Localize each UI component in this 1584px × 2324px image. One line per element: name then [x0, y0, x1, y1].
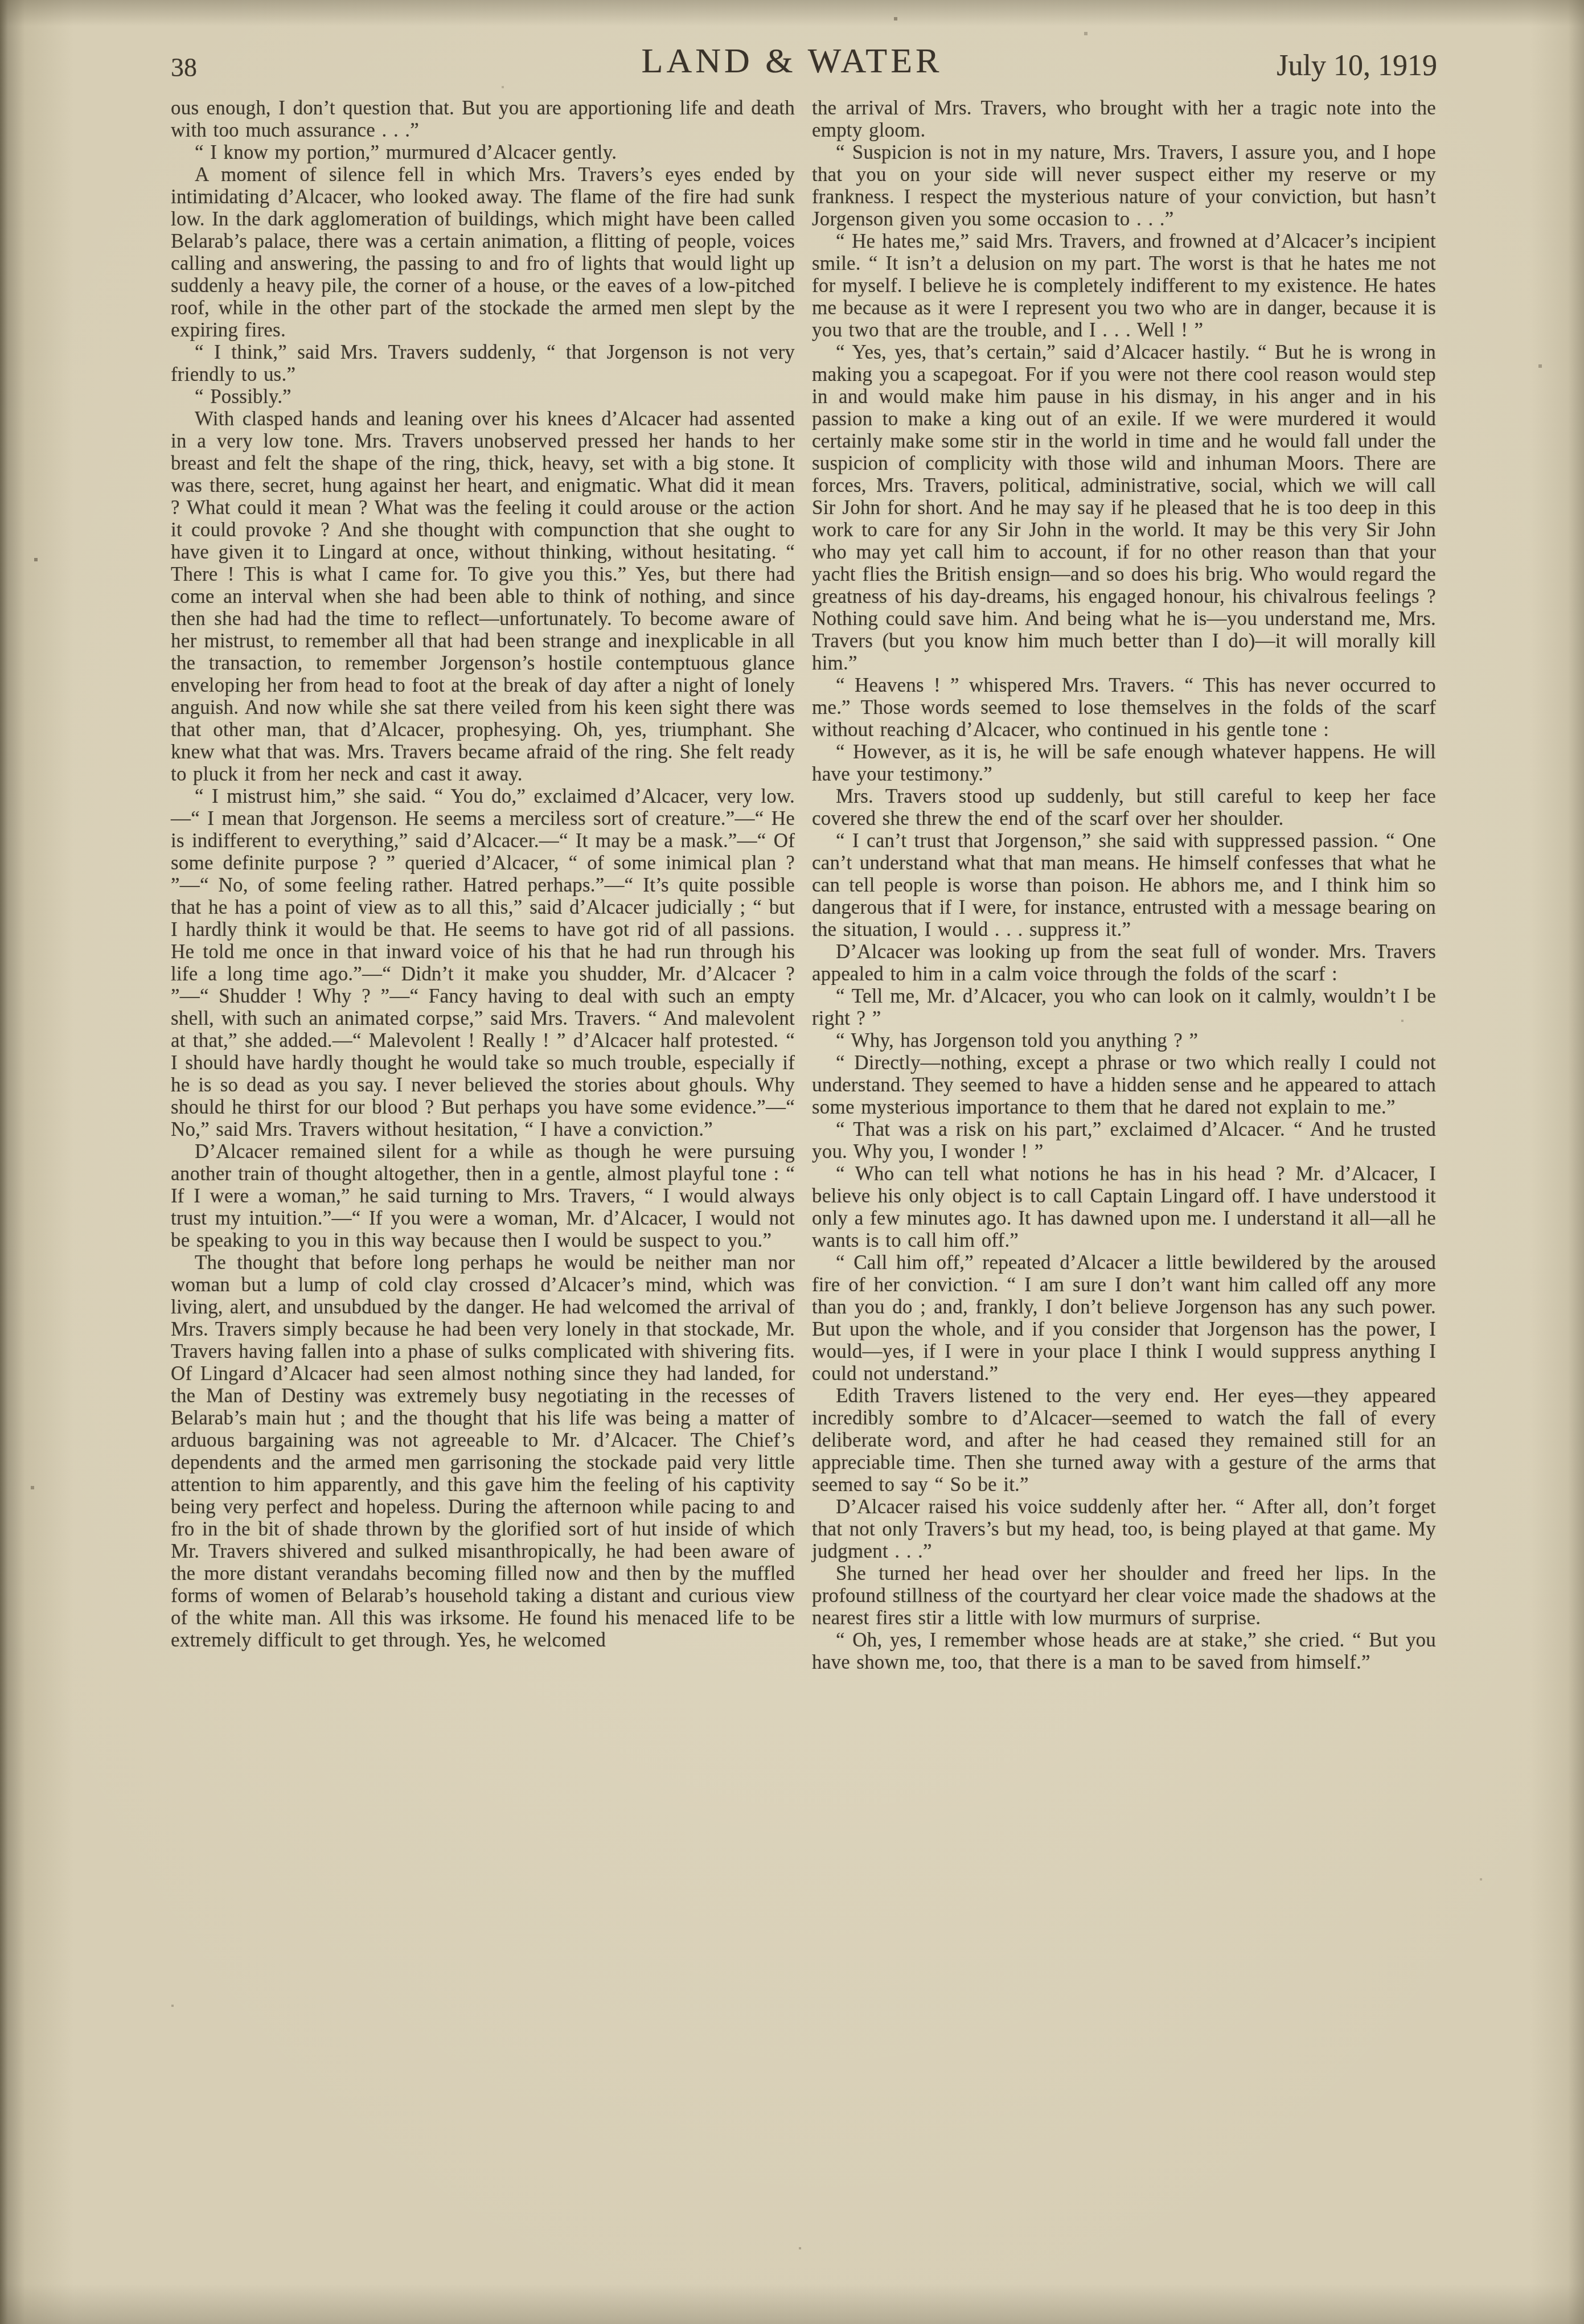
paragraph: D’Alcacer raised his voice suddenly afte… [812, 1496, 1436, 1562]
paragraph: The thought that before long perhaps he … [171, 1251, 795, 1651]
paragraph: “ Suspicion is not in my nature, Mrs. Tr… [812, 141, 1436, 230]
left-column: ous enough, I don’t question that. But y… [171, 97, 795, 1651]
paragraph: D’Alcacer remained silent for a while as… [171, 1140, 795, 1251]
paragraph: D’Alcacer was looking up from the seat f… [812, 941, 1436, 985]
paragraph: “ Call him off,” repeated d’Alcacer a li… [812, 1251, 1436, 1385]
paragraph: “ I can’t trust that Jorgenson,” she sai… [812, 830, 1436, 941]
paragraph: “ I mistrust him,” she said. “ You do,” … [171, 785, 795, 1140]
paragraph: “ However, as it is, he will be safe eno… [812, 741, 1436, 785]
paragraph: Mrs. Travers stood up suddenly, but stil… [812, 785, 1436, 830]
paragraph: Edith Travers listened to the very end. … [812, 1385, 1436, 1496]
paragraph: the arrival of Mrs. Travers, who brought… [812, 97, 1436, 141]
paragraph: “ Possibly.” [171, 385, 795, 408]
paragraph: “ Heavens ! ” whispered Mrs. Travers. “ … [812, 674, 1436, 741]
paragraph: With clasped hands and leaning over his … [171, 408, 795, 785]
paragraph: “ Yes, yes, that’s certain,” said d’Alca… [812, 341, 1436, 674]
paragraph: “ Oh, yes, I remember whose heads are at… [812, 1629, 1436, 1673]
paragraph: “ That was a risk on his part,” exclaime… [812, 1118, 1436, 1163]
magazine-page-scan: { "page": { "number": "38", "masthead": … [0, 0, 1584, 2324]
paragraph: “ I know my portion,” murmured d’Alcacer… [171, 141, 795, 163]
paragraph: ous enough, I don’t question that. But y… [171, 97, 795, 141]
paragraph: “ Directly—nothing, except a phrase or t… [812, 1052, 1436, 1118]
paragraph: “ Who can tell what notions he has in hi… [812, 1163, 1436, 1251]
paragraph: “ I think,” said Mrs. Travers suddenly, … [171, 341, 795, 385]
paragraph: “ He hates me,” said Mrs. Travers, and f… [812, 230, 1436, 341]
right-column: the arrival of Mrs. Travers, who brought… [812, 97, 1436, 1673]
paragraph: “ Tell me, Mr. d’Alcacer, you who can lo… [812, 985, 1436, 1029]
paragraph: She turned her head over her shoulder an… [812, 1562, 1436, 1629]
paragraph: A moment of silence fell in which Mrs. T… [171, 163, 795, 341]
paragraph: “ Why, has Jorgenson told you anything ?… [812, 1029, 1436, 1052]
scan-speckles [0, 0, 1, 1]
issue-date: July 10, 1919 [1277, 49, 1437, 83]
